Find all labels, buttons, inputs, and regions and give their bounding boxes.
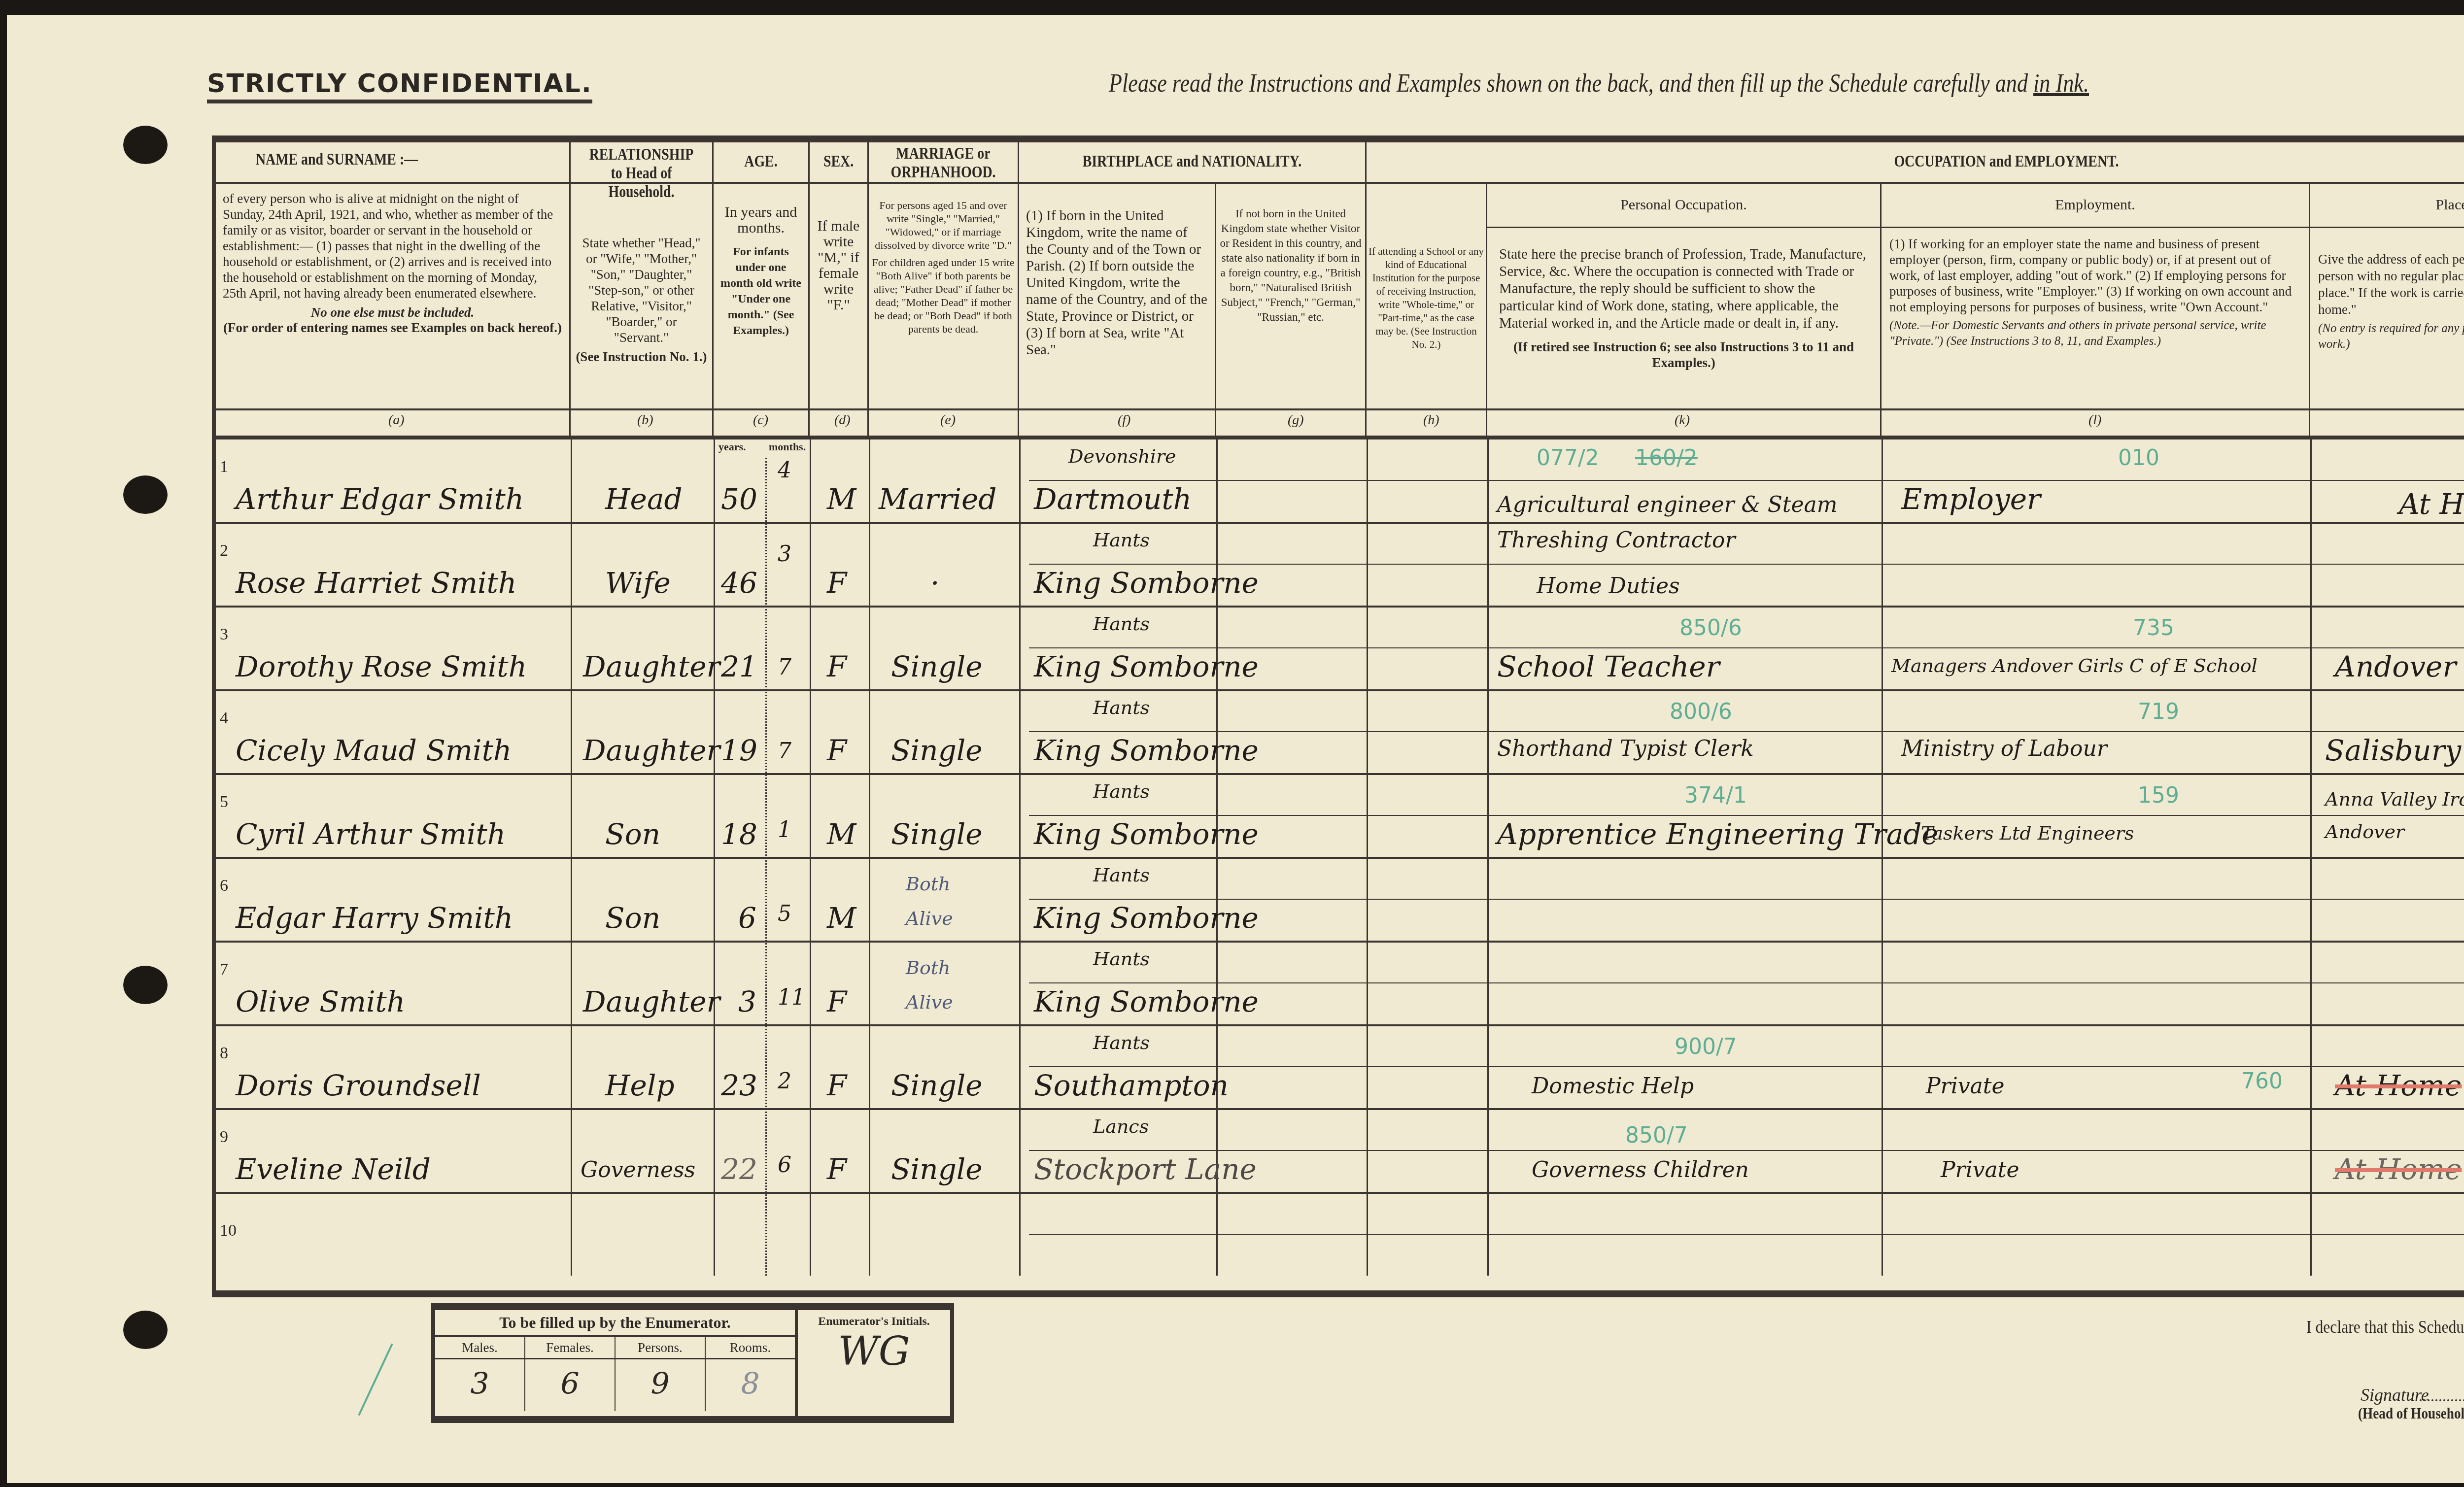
column-header-place-of-work: Give the address of each person's place … [2310,228,2464,436]
row-divider [216,857,2464,859]
birth-town: Stockport Lane [1034,1152,1257,1186]
sex: F [827,1152,847,1186]
occupation-code-struck: 160/2 [1635,445,1698,471]
occupation-code: 850/6 [1679,615,1742,641]
column-note: (See Instruction No. 1.) [571,349,712,365]
occupation: Apprentice Engineering Trade [1497,817,1939,851]
row-divider [216,1108,2464,1110]
birth-county: Hants [1093,613,1150,635]
age-years: 6 [738,901,756,935]
marital-status: Single [891,817,983,851]
declaration-text: I declare that this Schedule is correctl… [2306,1317,2464,1337]
sex: F [827,985,847,1018]
row-subdivider [1029,1234,2464,1235]
column-header-personal-occupation: State here the precise branch of Profess… [1487,228,1882,436]
row-divider [216,522,2464,524]
relationship: Son [605,901,660,935]
females-label: Females. [525,1337,615,1359]
birth-county: Hants [1093,780,1150,802]
age-months: 1 [778,817,791,843]
row-subdivider [1029,899,2464,900]
age-months: 11 [778,985,805,1010]
birth-county: Hants [1093,529,1150,551]
column-title-name: NAME and SURNAME :— [248,142,538,177]
occupation: Governess Children [1532,1157,1749,1183]
row-divider [216,773,2464,775]
row-divider [216,689,2464,691]
row-number: 1 [220,458,228,476]
enumerator-totals-box: To be filled up by the Enumerator. Males… [431,1303,954,1423]
column-instructions-marriage: For persons aged 15 and over write "Sing… [869,197,1018,254]
persons-label: Persons. [616,1337,705,1359]
marital-status: · [930,566,939,600]
column-header-relationship: RELATIONSHIP to Head of Household. State… [571,142,714,436]
column-title-occupation: OCCUPATION and EMPLOYMENT. [1482,142,2464,171]
age-months: 7 [778,739,791,764]
rooms-label: Rooms. [706,1337,795,1359]
age-months-subheader: months. [769,440,806,453]
relationship: Daughter [583,734,720,767]
rooms-count: 8 [706,1359,795,1409]
employment: Managers Andover Girls C of E School [1891,655,2258,676]
column-instructions-age: In years and months. [714,201,808,240]
row-number: 4 [220,709,228,728]
enumerator-initials-cell: Enumerator's Initials. WG [798,1310,950,1416]
birth-town: Southampton [1034,1069,1229,1102]
sex: M [827,482,856,516]
males-cell: Males. 3 [435,1337,525,1411]
females-count: 6 [525,1359,615,1409]
age-months: 4 [778,458,791,483]
age-years: 18 [721,817,757,851]
signature-note: (Head of Household, Manager of Establish… [2358,1404,2464,1422]
employment-code: 719 [2138,699,2179,724]
sex: F [827,734,847,767]
relationship: Daughter [583,650,720,683]
column-header-birthplace-uk: (1) If born in the United Kingdom, write… [1019,184,1216,436]
age-years-subheader: years. [719,440,746,453]
employment-code: 159 [2138,783,2179,808]
relationship: Governess [581,1157,695,1183]
row-number: 6 [220,877,228,895]
occupation: Agricultural engineer & Steam Threshing … [1497,487,1882,558]
person-name: Dorothy Rose Smith [236,650,527,683]
row-divider [216,941,2464,943]
column-instructions-name: of every person who is alive at midnight… [216,187,569,305]
row-subdivider [1029,1066,2464,1067]
age-months: 3 [778,541,791,567]
column-title-employment: Employment. [1882,184,2309,213]
marital-status: Both Alive [906,950,980,1019]
employment-code: 735 [2133,615,2174,641]
occupation: Domestic Help [1532,1074,1694,1099]
age-years: 22 [721,1152,757,1186]
females-cell: Females. 6 [525,1337,616,1411]
enumerator-initials: WG [798,1328,950,1374]
column-group-occupation: OCCUPATION and EMPLOYMENT. [1367,142,2464,182]
sex: M [827,817,856,851]
place-of-work: Anna Valley Iron Works Andover [2325,783,2464,848]
birth-town: King Somborne [1034,901,1259,935]
signature-line [2420,1399,2464,1401]
relationship: Son [605,817,660,851]
age-years: 23 [721,1069,757,1102]
employment: Private [1926,1074,2005,1099]
person-name: Olive Smith [236,985,405,1018]
column-letter: (g) [1288,412,1304,428]
occupation: Home Duties [1537,574,1680,599]
column-note: (If retired see Instruction 6; see also … [1487,335,1880,374]
marital-status: Single [891,650,983,683]
household-schedule-table: NAME and SURNAME :— of every person who … [212,135,2464,1297]
column-note: For children aged under 15 write "Both A… [869,254,1018,338]
column-title-birthplace: BIRTHPLACE and NATIONALITY. [1050,142,1334,171]
marital-status: Both Alive [906,867,980,936]
place-of-work: At Home [2335,1069,2462,1102]
column-note: No one else must be included. [216,305,569,320]
birth-county: Lancs [1093,1115,1149,1137]
birth-town: King Somborne [1034,650,1259,683]
relationship: Daughter [583,985,720,1018]
birth-county: Hants [1093,864,1150,886]
column-letter: (k) [1675,412,1690,428]
column-letter: (a) [388,412,405,428]
column-letter: (e) [940,412,956,428]
column-title-personal-occupation: Personal Occupation. [1487,184,1880,213]
sex: F [827,1069,847,1102]
row-subdivider [1029,564,2464,565]
employment-title-cell: Employment. [1882,184,2310,228]
column-title-relationship: RELATIONSHIP to Head of Household. [583,142,699,202]
birth-county: Hants [1093,697,1150,718]
age-years: 50 [721,482,757,516]
signature-label: Signature [2361,1385,2429,1405]
column-instructions-relationship: State whether "Head," or "Wife," "Mother… [571,231,712,349]
age-months: 7 [778,655,791,680]
relationship: Wife [605,566,671,600]
punch-hole [123,475,168,514]
age-years-months-divider [765,458,768,1276]
relationship: Head [605,482,683,516]
column-header-sex: SEX. If male write "M," if female write … [810,142,869,436]
punch-hole [123,1311,168,1349]
birth-town: Dartmouth [1034,482,1192,516]
column-title-age: AGE. [722,142,799,171]
males-label: Males. [435,1337,524,1359]
column-title-place-of-work: Place of Work. [2310,184,2464,213]
relationship: Help [605,1069,675,1102]
employment: Private [1941,1157,2019,1183]
confidential-heading: STRICTLY CONFIDENTIAL. [207,69,592,103]
occupation-code: 850/7 [1625,1123,1688,1148]
occupation-code: 374/1 [1684,783,1747,808]
sex: M [827,901,856,935]
place-of-work: At Home [2399,487,2464,521]
birth-town: King Somborne [1034,734,1259,767]
person-name: Eveline Neild [236,1152,431,1186]
row-number: 5 [220,793,228,811]
birth-county: Hants [1093,948,1150,970]
marital-status: Married [879,482,996,516]
column-title-marriage: MARRIAGE or ORPHANHOOD. [882,142,1004,182]
place-of-work: Salisbury Court [2325,734,2464,767]
person-name: Cyril Arthur Smith [236,817,506,851]
age-months: 5 [778,901,791,926]
row-divider [216,1024,2464,1026]
column-letter: (b) [637,412,653,428]
person-name: Arthur Edgar Smith [236,482,524,516]
column-header-name: NAME and SURNAME :— of every person who … [216,142,571,436]
occupation: Shorthand Typist Clerk [1497,736,1754,761]
column-instructions-school: If attending a School or any kind of Edu… [1367,243,1486,353]
persons-cell: Persons. 9 [616,1337,706,1411]
occupation-code: 900/7 [1675,1034,1737,1059]
marital-status: Single [891,1152,983,1186]
place-of-work: Andover [2335,650,2456,683]
person-name: Cicely Maud Smith [236,734,512,767]
age-years: 21 [721,650,757,683]
personal-occupation-title-cell: Personal Occupation. [1487,184,1882,228]
employment-code: 760 [2241,1069,2283,1094]
column-header-employment: (1) If working for an employer state the… [1882,228,2310,436]
person-name: Rose Harriet Smith [236,566,516,600]
row-subdivider [1029,480,2464,481]
column-header-nationality: If not born in the United Kingdom state … [1216,184,1367,436]
employment: Ministry of Labour [1901,736,2107,761]
person-name: Doris Groundsell [236,1069,481,1102]
column-note: For infants under one month old write "U… [714,240,808,342]
column-note: (For order of entering names see Example… [216,320,569,336]
age-years: 19 [721,734,757,767]
column-header-school: If attending a School or any kind of Edu… [1367,184,1487,436]
row-number: 3 [220,625,228,644]
row-subdivider [1029,982,2464,983]
row-number: 8 [220,1044,228,1063]
age-years: 3 [738,985,756,1018]
column-note: (No entry is required for any person who… [2310,321,2464,352]
occupation-code: 077/2 [1537,445,1599,471]
column-letter: (c) [753,412,768,428]
employment: Employer [1901,482,2041,516]
row-number: 7 [220,960,228,979]
row-divider [216,606,2464,608]
column-instructions-employment: (1) If working for an employer state the… [1882,233,2309,318]
row-number: 10 [220,1221,237,1240]
males-count: 3 [435,1359,524,1409]
row-number: 2 [220,541,228,560]
row-subdivider [1029,647,2464,648]
marital-status: Single [891,734,983,767]
column-instructions-nationality: If not born in the United Kingdom state … [1216,203,1365,328]
column-instructions-sex: If male write "M," if female write "F." [810,215,867,316]
row-subdivider [1029,1150,2464,1151]
persons-count: 9 [616,1359,705,1409]
birth-town: King Somborne [1034,566,1259,600]
employment: Taskers Ltd Engineers [1921,822,2134,844]
employment-code: 010 [2118,445,2159,471]
birth-town: King Somborne [1034,817,1259,851]
marital-status: Single [891,1069,983,1102]
age-years: 46 [721,566,757,600]
occupation-code: 800/6 [1670,699,1732,724]
sex: F [827,650,847,683]
row-number: 9 [220,1128,228,1147]
person-name: Edgar Harry Smith [236,901,513,935]
column-header-marriage: MARRIAGE or ORPHANHOOD. For persons aged… [869,142,1019,436]
sex: F [827,566,847,600]
initials-label: Enumerator's Initials. [798,1310,950,1328]
age-months: 6 [778,1152,791,1178]
birth-town: King Somborne [1034,985,1259,1018]
scan-border [0,0,2464,15]
punch-hole [123,126,168,164]
fill-instructions: Please read the Instructions and Example… [1109,69,2089,98]
birth-county: Hants [1093,1032,1150,1053]
rooms-cell: Rooms. 8 [706,1337,795,1411]
column-note: (Note.—For Domestic Servants and others … [1882,318,2309,349]
punch-hole [123,966,168,1004]
row-subdivider [1029,731,2464,732]
column-instructions-birthplace: (1) If born in the United Kingdom, write… [1019,203,1215,362]
column-header-age: AGE. In years and months. For infants un… [714,142,810,436]
column-instructions-place: Give the address of each person's place … [2310,248,2464,321]
column-letter: (l) [2088,412,2101,428]
occupation: School Teacher [1497,650,1719,683]
column-letter: (d) [834,412,851,428]
enumerator-box-title: To be filled up by the Enumerator. [435,1310,795,1337]
column-letter: (f) [1118,412,1130,428]
column-group-birthplace: BIRTHPLACE and NATIONALITY. [1019,142,1367,182]
birth-county: Devonshire [1068,445,1176,467]
place-of-work: At Home [2335,1152,2462,1186]
body-top-rule [216,436,2464,439]
column-letter: (h) [1423,412,1439,428]
column-instructions-personal-occupation: State here the precise branch of Profess… [1487,243,1880,335]
row-divider [216,1192,2464,1194]
column-title-sex: SEX. [815,142,862,171]
place-of-work-title-cell: Place of Work. [2310,184,2464,228]
row-subdivider [1029,815,2464,816]
age-months: 2 [778,1069,791,1094]
